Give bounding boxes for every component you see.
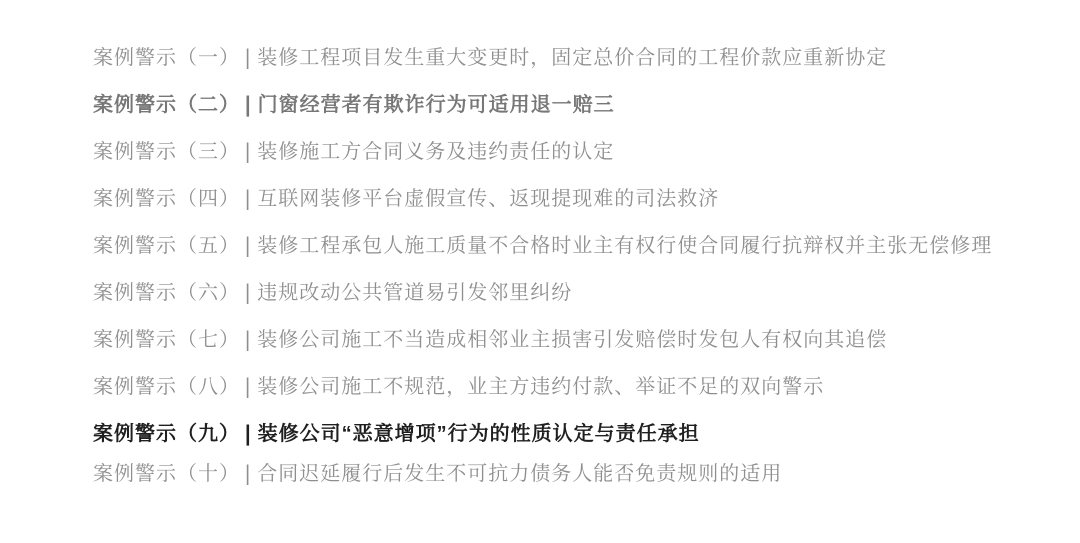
case-title: 装修公司施工不当造成相邻业主损害引发赔偿时发包人有权向其追偿 xyxy=(257,329,887,351)
list-item: 案例警示（八）|装修公司施工不规范，业主方违约付款、举证不足的双向警示 xyxy=(93,377,992,397)
list-item: 案例警示（一）|装修工程项目发生重大变更时，固定总价合同的工程价款应重新协定 xyxy=(93,48,992,68)
case-number-prefix: 案例警示（一） xyxy=(93,47,240,69)
pipe-separator-icon: | xyxy=(245,463,251,485)
pipe-separator-icon: | xyxy=(245,235,251,257)
pipe-separator-icon: | xyxy=(245,423,252,445)
pipe-separator-icon: | xyxy=(245,376,251,398)
article-page: 案例警示（一）|装修工程项目发生重大变更时，固定总价合同的工程价款应重新协定 案… xyxy=(0,0,1080,543)
pipe-separator-icon: | xyxy=(245,141,251,163)
case-warning-list: 案例警示（一）|装修工程项目发生重大变更时，固定总价合同的工程价款应重新协定 案… xyxy=(93,48,992,484)
list-item: 案例警示（五）|装修工程承包人施工质量不合格时业主有权行使合同履行抗辩权并主张无… xyxy=(93,236,992,256)
case-title: 装修工程承包人施工质量不合格时业主有权行使合同履行抗辩权并主张无偿修理 xyxy=(257,235,992,257)
case-title: 互联网装修平台虚假宣传、返现提现难的司法救济 xyxy=(257,188,719,210)
list-item: 案例警示（十）|合同迟延履行后发生不可抗力债务人能否免责规则的适用 xyxy=(93,464,992,484)
case-title: 装修施工方合同义务及违约责任的认定 xyxy=(257,141,614,163)
list-item: 案例警示（六）|违规改动公共管道易引发邻里纠纷 xyxy=(93,283,992,303)
case-number-prefix: 案例警示（四） xyxy=(93,188,240,210)
case-number-prefix: 案例警示（七） xyxy=(93,329,240,351)
case-title: 装修公司施工不规范，业主方违约付款、举证不足的双向警示 xyxy=(257,376,824,398)
list-item: 案例警示（二）|门窗经营者有欺诈行为可适用退一赔三 xyxy=(93,95,992,115)
case-number-prefix: 案例警示（十） xyxy=(93,463,240,485)
case-number-prefix: 案例警示（三） xyxy=(93,141,240,163)
case-number-prefix: 案例警示（八） xyxy=(93,376,240,398)
case-title: 装修公司“恶意增项”行为的性质认定与责任承担 xyxy=(258,423,700,445)
pipe-separator-icon: | xyxy=(245,329,251,351)
list-item: 案例警示（九）|装修公司“恶意增项”行为的性质认定与责任承担 xyxy=(93,424,992,444)
pipe-separator-icon: | xyxy=(245,188,251,210)
list-item: 案例警示（四）|互联网装修平台虚假宣传、返现提现难的司法救济 xyxy=(93,189,992,209)
case-title: 装修工程项目发生重大变更时，固定总价合同的工程价款应重新协定 xyxy=(257,47,887,69)
case-number-prefix: 案例警示（九） xyxy=(93,423,240,445)
list-item: 案例警示（三）|装修施工方合同义务及违约责任的认定 xyxy=(93,142,992,162)
case-number-prefix: 案例警示（六） xyxy=(93,282,240,304)
pipe-separator-icon: | xyxy=(245,94,252,116)
case-title: 门窗经营者有欺诈行为可适用退一赔三 xyxy=(258,94,615,116)
pipe-separator-icon: | xyxy=(245,47,251,69)
case-number-prefix: 案例警示（二） xyxy=(93,94,240,116)
case-title: 合同迟延履行后发生不可抗力债务人能否免责规则的适用 xyxy=(257,463,782,485)
pipe-separator-icon: | xyxy=(245,282,251,304)
case-number-prefix: 案例警示（五） xyxy=(93,235,240,257)
list-item: 案例警示（七）|装修公司施工不当造成相邻业主损害引发赔偿时发包人有权向其追偿 xyxy=(93,330,992,350)
case-title: 违规改动公共管道易引发邻里纠纷 xyxy=(257,282,572,304)
